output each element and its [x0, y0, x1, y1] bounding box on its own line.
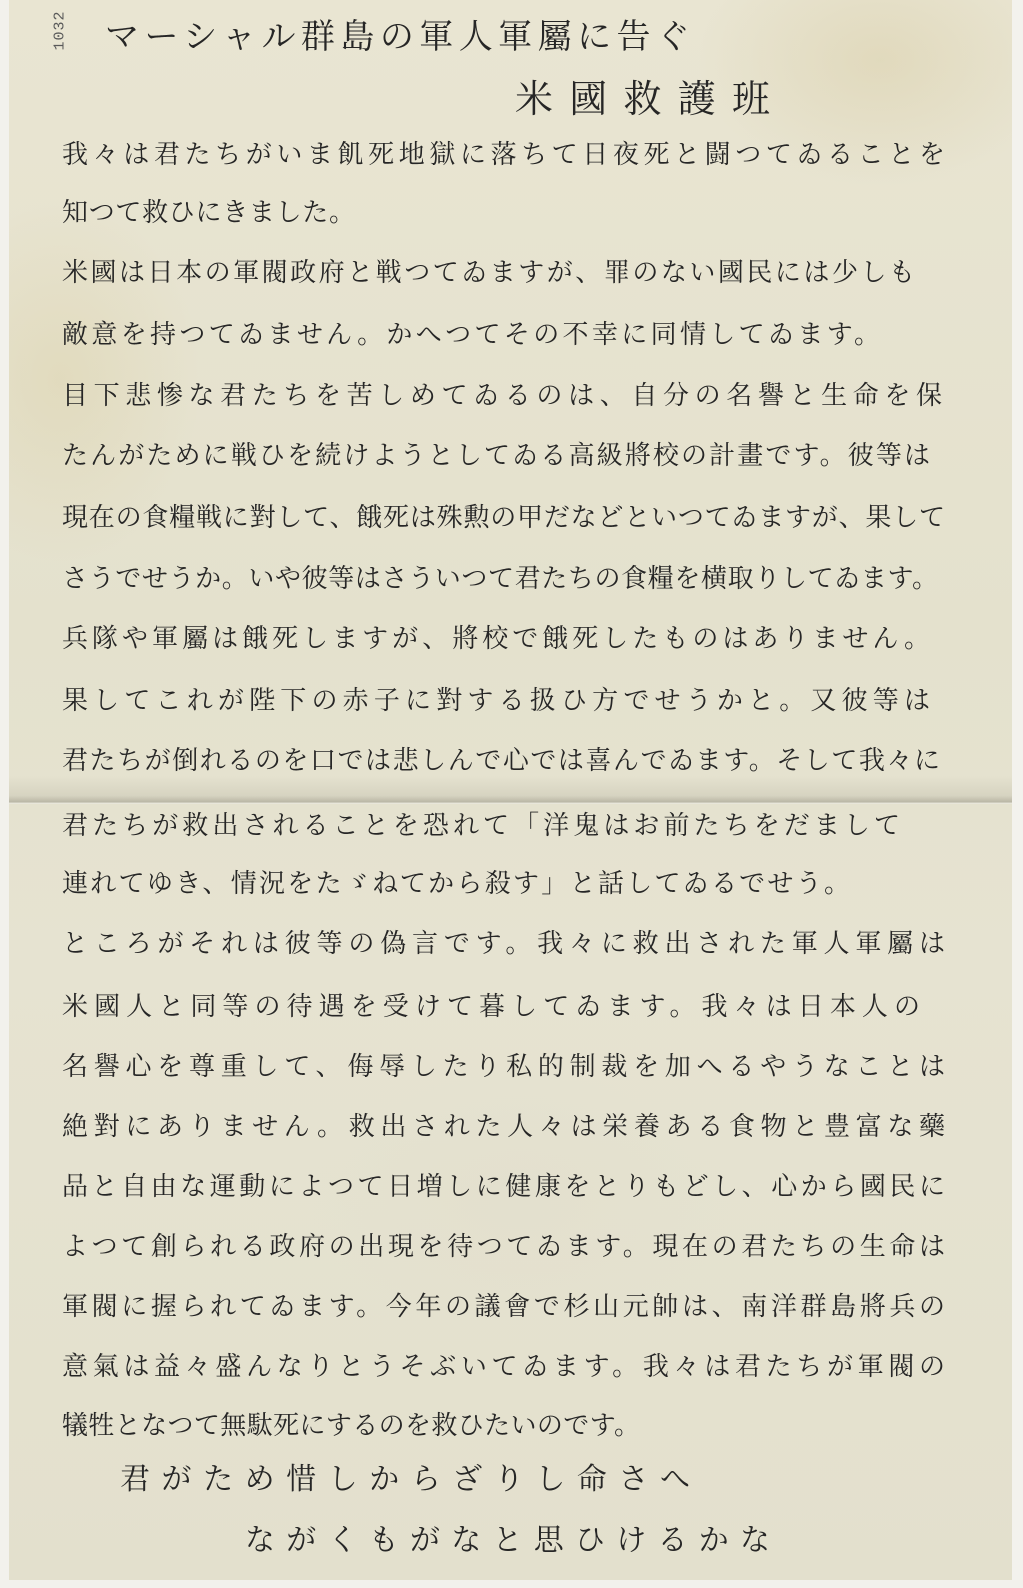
body-line: たんがために戦ひを続けようとしてゐる高級將校の計畫です。彼等は [62, 443, 930, 469]
paper-edge-bottom [0, 1580, 1023, 1588]
body-line: 米國人と同等の待遇を受けて暮してゐます。我々は日本人の [62, 994, 920, 1020]
body-line: 軍閥に握られてゐます。今年の議會で杉山元帥は、南洋群島將兵の [62, 1294, 945, 1320]
body-line: 敵意を持つてゐません。かへつてその不幸に同情してゐます。 [62, 322, 880, 348]
poem-line: ながくもがなと思ひけるかな [245, 1526, 770, 1556]
body-line: よつて創られる政府の出現を待つてゐます。現在の君たちの生命は [62, 1234, 945, 1260]
body-line: 知つて救ひにきました。 [62, 200, 355, 226]
body-line: 君たちが救出されることを恐れて「洋鬼はお前たちをだまして [62, 813, 900, 839]
document-title: マーシャル群島の軍人軍屬に告ぐ [105, 20, 690, 54]
paper-fold-crease [9, 776, 1012, 804]
body-line: 連れてゆき、情況をたゞねてから殺す」と話してゐるでせう。 [62, 871, 850, 897]
body-line: 犠牲となつて無駄死にするのを救ひたいのです。 [62, 1413, 640, 1439]
page-number: 1032 [52, 10, 69, 50]
body-line: ところがそれは彼等の偽言です。我々に救出された軍人軍屬は [62, 931, 945, 957]
document-signature: 米國救護班 [515, 80, 770, 118]
body-line: 名譽心を尊重して、侮辱したり私的制裁を加へるやうなことは [62, 1054, 945, 1080]
poem-line: 君がため惜しからざりし命さへ [120, 1465, 690, 1495]
body-line: 君たちが倒れるのを口では悲しんで心では喜んでゐます。そして我々に [62, 748, 940, 774]
body-line: 目下悲惨な君たちを苦しめてゐるのは、自分の名譽と生命を保 [62, 383, 942, 409]
body-line: 絶對にありません。救出された人々は栄養ある食物と豊富な藥 [62, 1114, 945, 1140]
body-line: 品と自由な運動によつて日増しに健康をとりもどし、心から國民に [62, 1174, 945, 1200]
body-line: 果してこれが陛下の赤子に對する扱ひ方でせうかと。又彼等は [62, 688, 930, 714]
body-line: 我々は君たちがいま飢死地獄に落ちて日夜死と闘つてゐることを [62, 142, 945, 168]
paper-edge-left [0, 0, 9, 1588]
paper-edge-right [1012, 0, 1023, 1588]
body-line: 兵隊や軍屬は餓死しますが、將校で餓死したものはありません。 [62, 626, 930, 652]
body-line: 米國は日本の軍閥政府と戦つてゐますが、罪のない國民には少しも [62, 260, 915, 286]
body-line: 現在の食糧戦に對して、餓死は殊勲の甲だなどといつてゐますが、果して [62, 505, 945, 531]
body-line: 意氣は益々盛んなりとうそぶいてゐます。我々は君たちが軍閥の [62, 1354, 945, 1380]
body-line: さうでせうか。いや彼等はさういつて君たちの食糧を横取りしてゐます。 [62, 566, 938, 592]
leaflet-page: 1032 マーシャル群島の軍人軍屬に告ぐ 米國救護班 我々は君たちがいま飢死地獄… [0, 0, 1023, 1588]
